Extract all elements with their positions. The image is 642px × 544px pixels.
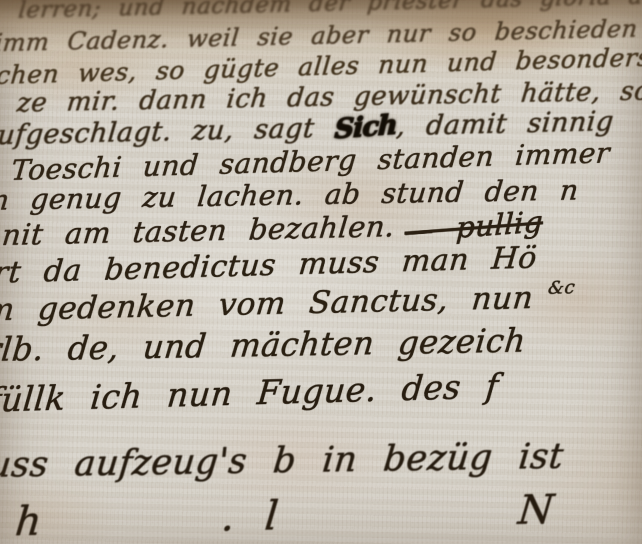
- handwriting-layer: d. lerren; und nachdem der priester das …: [0, 0, 642, 544]
- handwriting-line: uss aufzeug's b in bezüg ist: [0, 437, 566, 486]
- handwriting-line: füllk ich nun Fugue. des f: [0, 367, 500, 420]
- etc-abbreviation: &c: [547, 277, 576, 299]
- handwriting-line: rlb. de, und mächten gezeich: [0, 322, 528, 370]
- handwriting-line: h . l N c f: [13, 478, 642, 544]
- manuscript-photo: d. lerren; und nachdem der priester das …: [0, 0, 642, 544]
- ink-blot-word: Sich: [334, 110, 398, 146]
